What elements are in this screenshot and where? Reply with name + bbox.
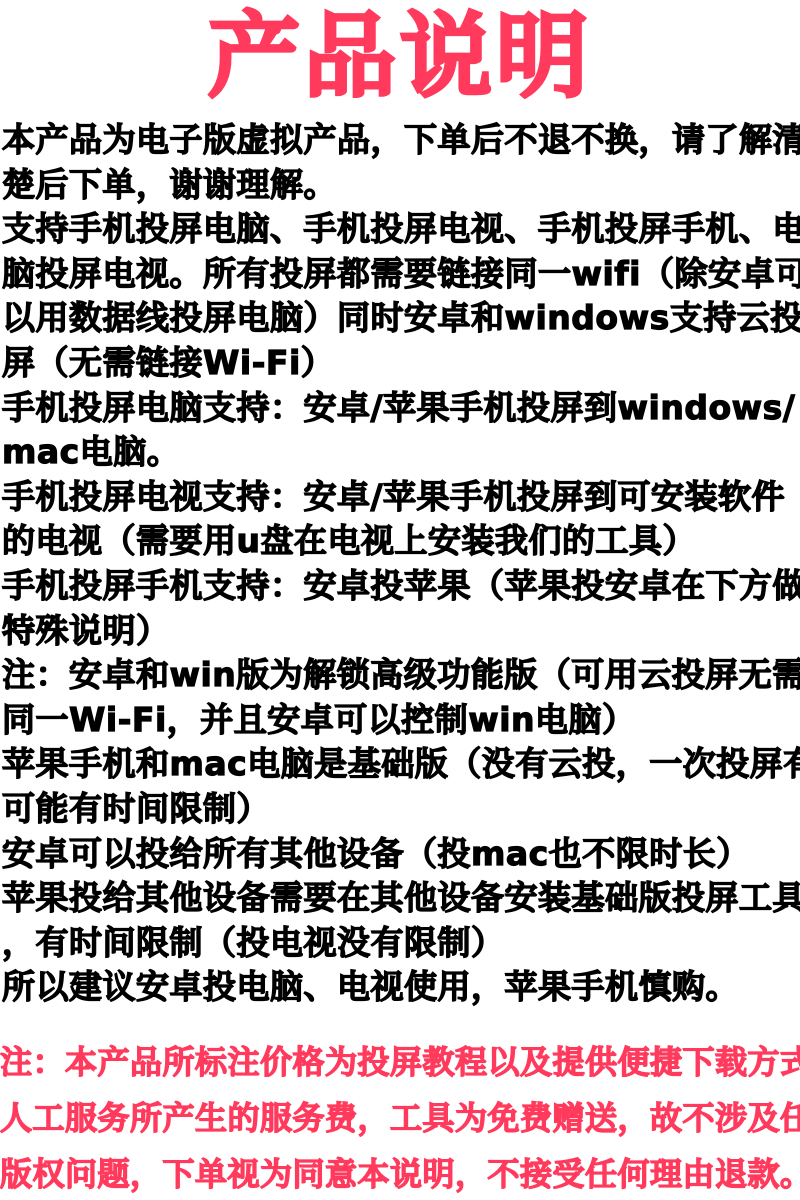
description-line: 屏（无需链接Wi-Fi） [2, 341, 798, 386]
description-line: 支持手机投屏电脑、手机投屏电视、手机投屏手机、电 [2, 207, 798, 252]
description-line: 苹果手机和mac电脑是基础版（没有云投，一次投屏有 [2, 742, 798, 787]
product-description: 本产品为电子版虚拟产品，下单后不退不换，请了解清 楚后下单，谢谢理解。 支持手机… [2, 118, 798, 1010]
description-line: 注：安卓和win版为解锁高级功能版（可用云投屏无需 [2, 653, 798, 698]
description-line: 同一Wi-Fi，并且安卓可以控制win电脑） [2, 698, 798, 743]
description-line: 手机投屏手机支持：安卓投苹果（苹果投安卓在下方做 [2, 564, 798, 609]
description-line: 的电视（需要用u盘在电视上安装我们的工具） [2, 519, 798, 564]
description-line: 手机投屏电脑支持：安卓/苹果手机投屏到windows/ [2, 386, 798, 431]
page-title: 产品说明 [0, 2, 800, 112]
disclaimer-line: 版权问题，下单视为同意本说明，不接受任何理由退款。 [0, 1146, 800, 1200]
description-line: 苹果投给其他设备需要在其他设备安装基础版投屏工具 [2, 876, 798, 921]
description-line: 以用数据线投屏电脑）同时安卓和windows支持云投 [2, 296, 798, 341]
disclaimer-note: 注：本产品所标注价格为投屏教程以及提供便捷下载方式和 人工服务所产生的服务费，工… [0, 1034, 800, 1200]
description-line: 特殊说明） [2, 609, 798, 654]
description-line: 可能有时间限制） [2, 787, 798, 832]
description-line: 手机投屏电视支持：安卓/苹果手机投屏到可安装软件 [2, 475, 798, 520]
description-line: 所以建议安卓投电脑、电视使用，苹果手机慎购。 [2, 965, 798, 1010]
description-line: 本产品为电子版虚拟产品，下单后不退不换，请了解清 [2, 118, 798, 163]
description-line: ，有时间限制（投电视没有限制） [2, 921, 798, 966]
description-line: 脑投屏电视。所有投屏都需要链接同一wifi（除安卓可 [2, 252, 798, 297]
description-line: 楚后下单，谢谢理解。 [2, 163, 798, 208]
disclaimer-line: 注：本产品所标注价格为投屏教程以及提供便捷下载方式和 [0, 1034, 800, 1090]
description-line: 安卓可以投给所有其他设备（投mac也不限时长） [2, 832, 798, 877]
description-line: mac电脑。 [2, 430, 798, 475]
disclaimer-line: 人工服务所产生的服务费，工具为免费赠送，故不涉及任何 [0, 1090, 800, 1146]
